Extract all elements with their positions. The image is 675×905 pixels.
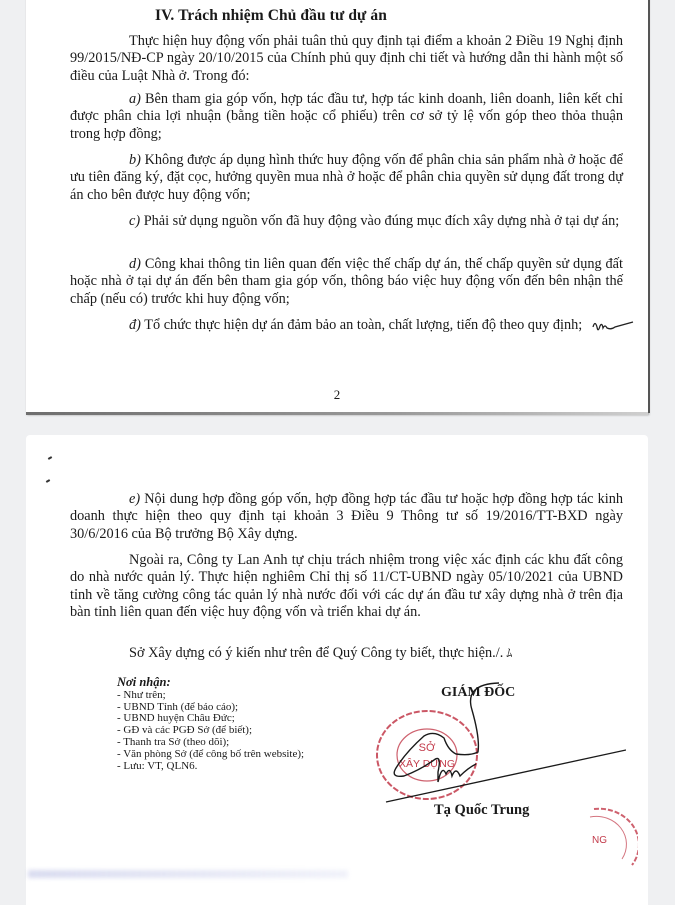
clause-text: Tổ chức thực hiện dự án đảm bảo an toàn,… [144, 317, 582, 333]
additional-paragraph: Ngoài ra, Công ty Lan Anh tự chịu trách … [70, 552, 623, 621]
recipients-title: Nơi nhận: [117, 677, 304, 689]
scan-smudge [28, 870, 348, 878]
clause-marker: đ) [129, 317, 141, 333]
scan-speck [48, 456, 52, 460]
clause-marker: b) [129, 152, 141, 168]
closing-text: Sở Xây dựng có ý kiến như trên để Quý Cô… [129, 645, 503, 661]
initials-signature-icon [591, 318, 636, 338]
clause-marker: c) [129, 213, 140, 229]
clause-marker: d) [129, 256, 141, 272]
clause-b: b) Không được áp dụng hình thức huy động… [70, 152, 623, 204]
clause-text: Bên tham gia góp vốn, hợp tác đầu tư, hợ… [70, 91, 623, 142]
clause-e: e) Nội dung hợp đồng góp vốn, hợp đồng h… [70, 491, 623, 543]
document-page-1: IV. Trách nhiệm Chủ đầu tư dự án Thực hi… [26, 0, 650, 413]
clause-marker: e) [129, 491, 140, 507]
scan-speck [46, 479, 50, 483]
recipients-block: Nơi nhận: - Như trên; - UBND Tỉnh (để bá… [117, 677, 304, 772]
partial-stamp-icon: NG [586, 805, 638, 880]
recipient-item: - Văn phòng Sở (để công bố trên website)… [117, 749, 304, 761]
clause-marker: a) [129, 91, 141, 107]
intro-paragraph: Thực hiện huy động vốn phải tuân thủ quy… [70, 33, 623, 85]
clause-dd: đ) Tổ chức thực hiện dự án đảm bảo an to… [70, 317, 623, 334]
clause-text: Phải sử dụng nguồn vốn đã huy động vào đ… [144, 213, 620, 229]
clause-d: d) Công khai thông tin liên quan đến việ… [70, 256, 623, 308]
recipient-item: - Như trên; [117, 690, 304, 702]
recipient-item: - Thanh tra Sở (theo dõi); [117, 737, 304, 749]
closing-paragraph: Sở Xây dựng có ý kiến như trên để Quý Cô… [70, 645, 623, 662]
page-number: 2 [26, 387, 648, 403]
clause-text: Không được áp dụng hình thức huy động vố… [70, 152, 623, 203]
handwritten-signature-icon [376, 680, 626, 810]
clause-text: Công khai thông tin liên quan đến việc t… [70, 256, 623, 307]
clause-c: c) Phải sử dụng nguồn vốn đã huy động và… [70, 213, 623, 230]
clause-a: a) Bên tham gia góp vốn, hợp tác đầu tư,… [70, 91, 623, 143]
section-heading: IV. Trách nhiệm Chủ đầu tư dự án [155, 7, 387, 25]
recipient-item: - Lưu: VT, QLN6. [117, 761, 304, 773]
clause-text: Nội dung hợp đồng góp vốn, hợp đồng hợp … [70, 491, 623, 542]
document-page-2: e) Nội dung hợp đồng góp vốn, hợp đồng h… [26, 435, 648, 905]
stamp-partial-text: NG [592, 835, 607, 846]
initial-mark-icon: ﾑ [506, 646, 512, 660]
signer-name: Tạ Quốc Trung [434, 802, 529, 819]
